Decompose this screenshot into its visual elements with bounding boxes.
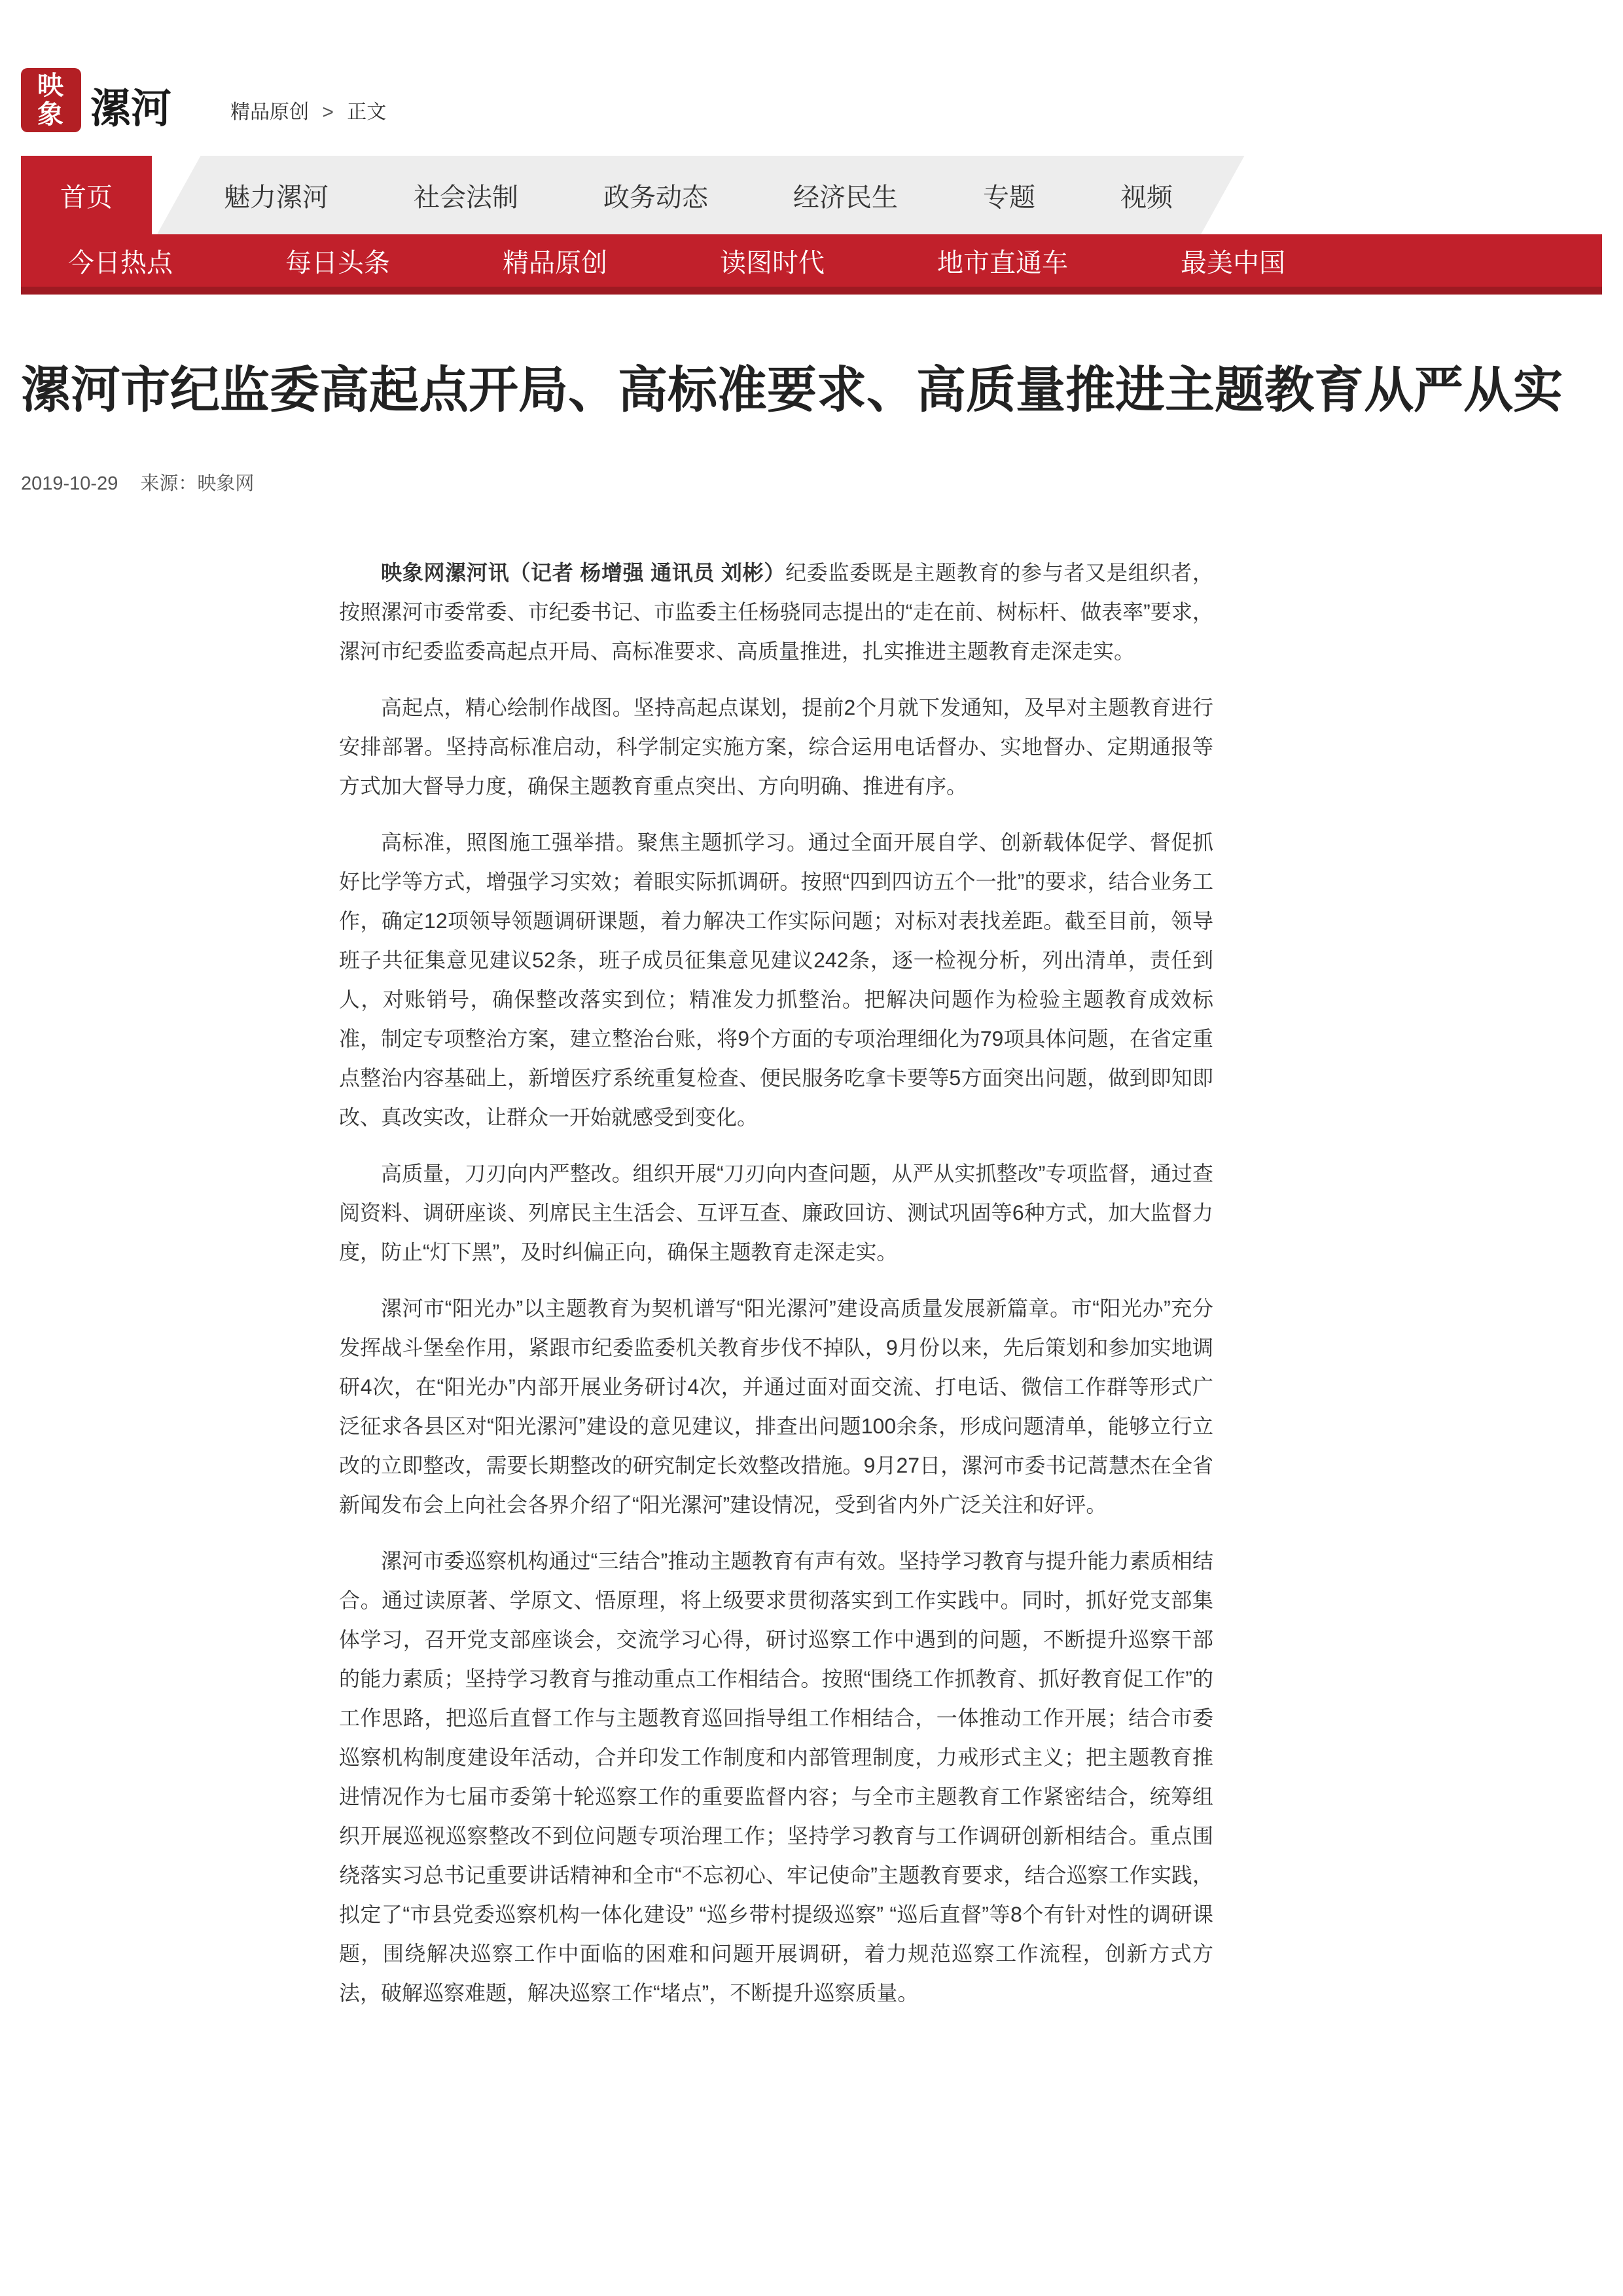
breadcrumb-section[interactable]: 精品原创 [230, 101, 309, 123]
logo-char-1: 映 [37, 71, 65, 100]
nav-item-dutu-shidai[interactable]: 读图时代 [720, 242, 825, 279]
breadcrumb-separator: > [322, 101, 334, 123]
site-name: 漯河 [90, 76, 171, 134]
secondary-nav: 今日热点 每日头条 精品原创 读图时代 地市直通车 最美中国 [21, 234, 1602, 295]
article-source: 来源：映象网 [140, 473, 254, 494]
paragraph-2: 高起点，精心绘制作战图。坚持高起点谋划，提前2个月就下发通知，及早对主题教育进行… [339, 688, 1213, 806]
site-logo-seal[interactable]: 映 象 [21, 68, 81, 132]
breadcrumb: 精品原创 > 正文 [230, 96, 386, 124]
page: 映 象 漯河 精品原创 > 正文 首页 魅力漯河 社会法制 政务动态 经济民生 … [0, 0, 1623, 2296]
article-meta: 2019-10-29 来源：映象网 [21, 471, 1602, 497]
primary-nav: 首页 魅力漯河 社会法制 政务动态 经济民生 专题 视频 [21, 156, 1602, 234]
primary-nav-panel: 魅力漯河 社会法制 政务动态 经济民生 专题 视频 [157, 156, 1245, 234]
paragraph-1: 映象网漯河讯（记者 杨增强 通讯员 刘彬）纪委监委既是主题教育的参与者又是组织者… [339, 553, 1213, 671]
article-date: 2019-10-29 [21, 473, 118, 494]
paragraph-4: 高质量，刀刃向内严整改。组织开展“刀刃向内查问题，从严从实抓整改”专项监督，通过… [339, 1154, 1213, 1272]
paragraph-1-lead: 映象网漯河讯（记者 杨增强 通讯员 刘彬） [381, 561, 785, 584]
breadcrumb-current: 正文 [347, 101, 386, 123]
paragraph-3: 高标准，照图施工强举措。聚焦主题抓学习。通过全面开展自学、创新载体促学、督促抓好… [339, 823, 1213, 1137]
nav-item-shipin[interactable]: 视频 [1120, 177, 1173, 214]
article-body: 映象网漯河讯（记者 杨增强 通讯员 刘彬）纪委监委既是主题教育的参与者又是组织者… [339, 553, 1213, 2013]
paragraph-6: 漯河市委巡察机构通过“三结合”推动主题教育有声有效。坚持学习教育与提升能力素质相… [339, 1541, 1213, 2013]
nav-item-dishi-zhitongche[interactable]: 地市直通车 [937, 242, 1068, 279]
nav-item-home[interactable]: 首页 [21, 156, 152, 234]
nav-item-zhuanti[interactable]: 专题 [983, 177, 1035, 214]
nav-item-zuimei-zhongguo[interactable]: 最美中国 [1181, 242, 1285, 279]
nav-item-meiri-toutiao[interactable]: 每日头条 [285, 242, 390, 279]
nav-item-jingji-minsheng[interactable]: 经济民生 [793, 177, 898, 214]
article-title: 漯河市纪监委高起点开局、高标准要求、高质量推进主题教育从严从实 [21, 357, 1602, 425]
nav-item-jinri-redian[interactable]: 今日热点 [68, 242, 173, 279]
article-main: 漯河市纪监委高起点开局、高标准要求、高质量推进主题教育从严从实 2019-10-… [0, 357, 1623, 2013]
site-header: 映 象 漯河 精品原创 > 正文 [0, 0, 1623, 156]
paragraph-5: 漯河市“阳光办”以主题教育为契机谱写“阳光漯河”建设高质量发展新篇章。市“阳光办… [339, 1289, 1213, 1524]
nav-item-jingpin-yuanchuang[interactable]: 精品原创 [503, 242, 607, 279]
nav-item-shehui-fazhi[interactable]: 社会法制 [414, 177, 518, 214]
logo-char-2: 象 [37, 100, 65, 129]
nav-item-zhengwu-dongtai[interactable]: 政务动态 [603, 177, 708, 214]
nav-item-meili-luohe[interactable]: 魅力漯河 [224, 177, 329, 214]
